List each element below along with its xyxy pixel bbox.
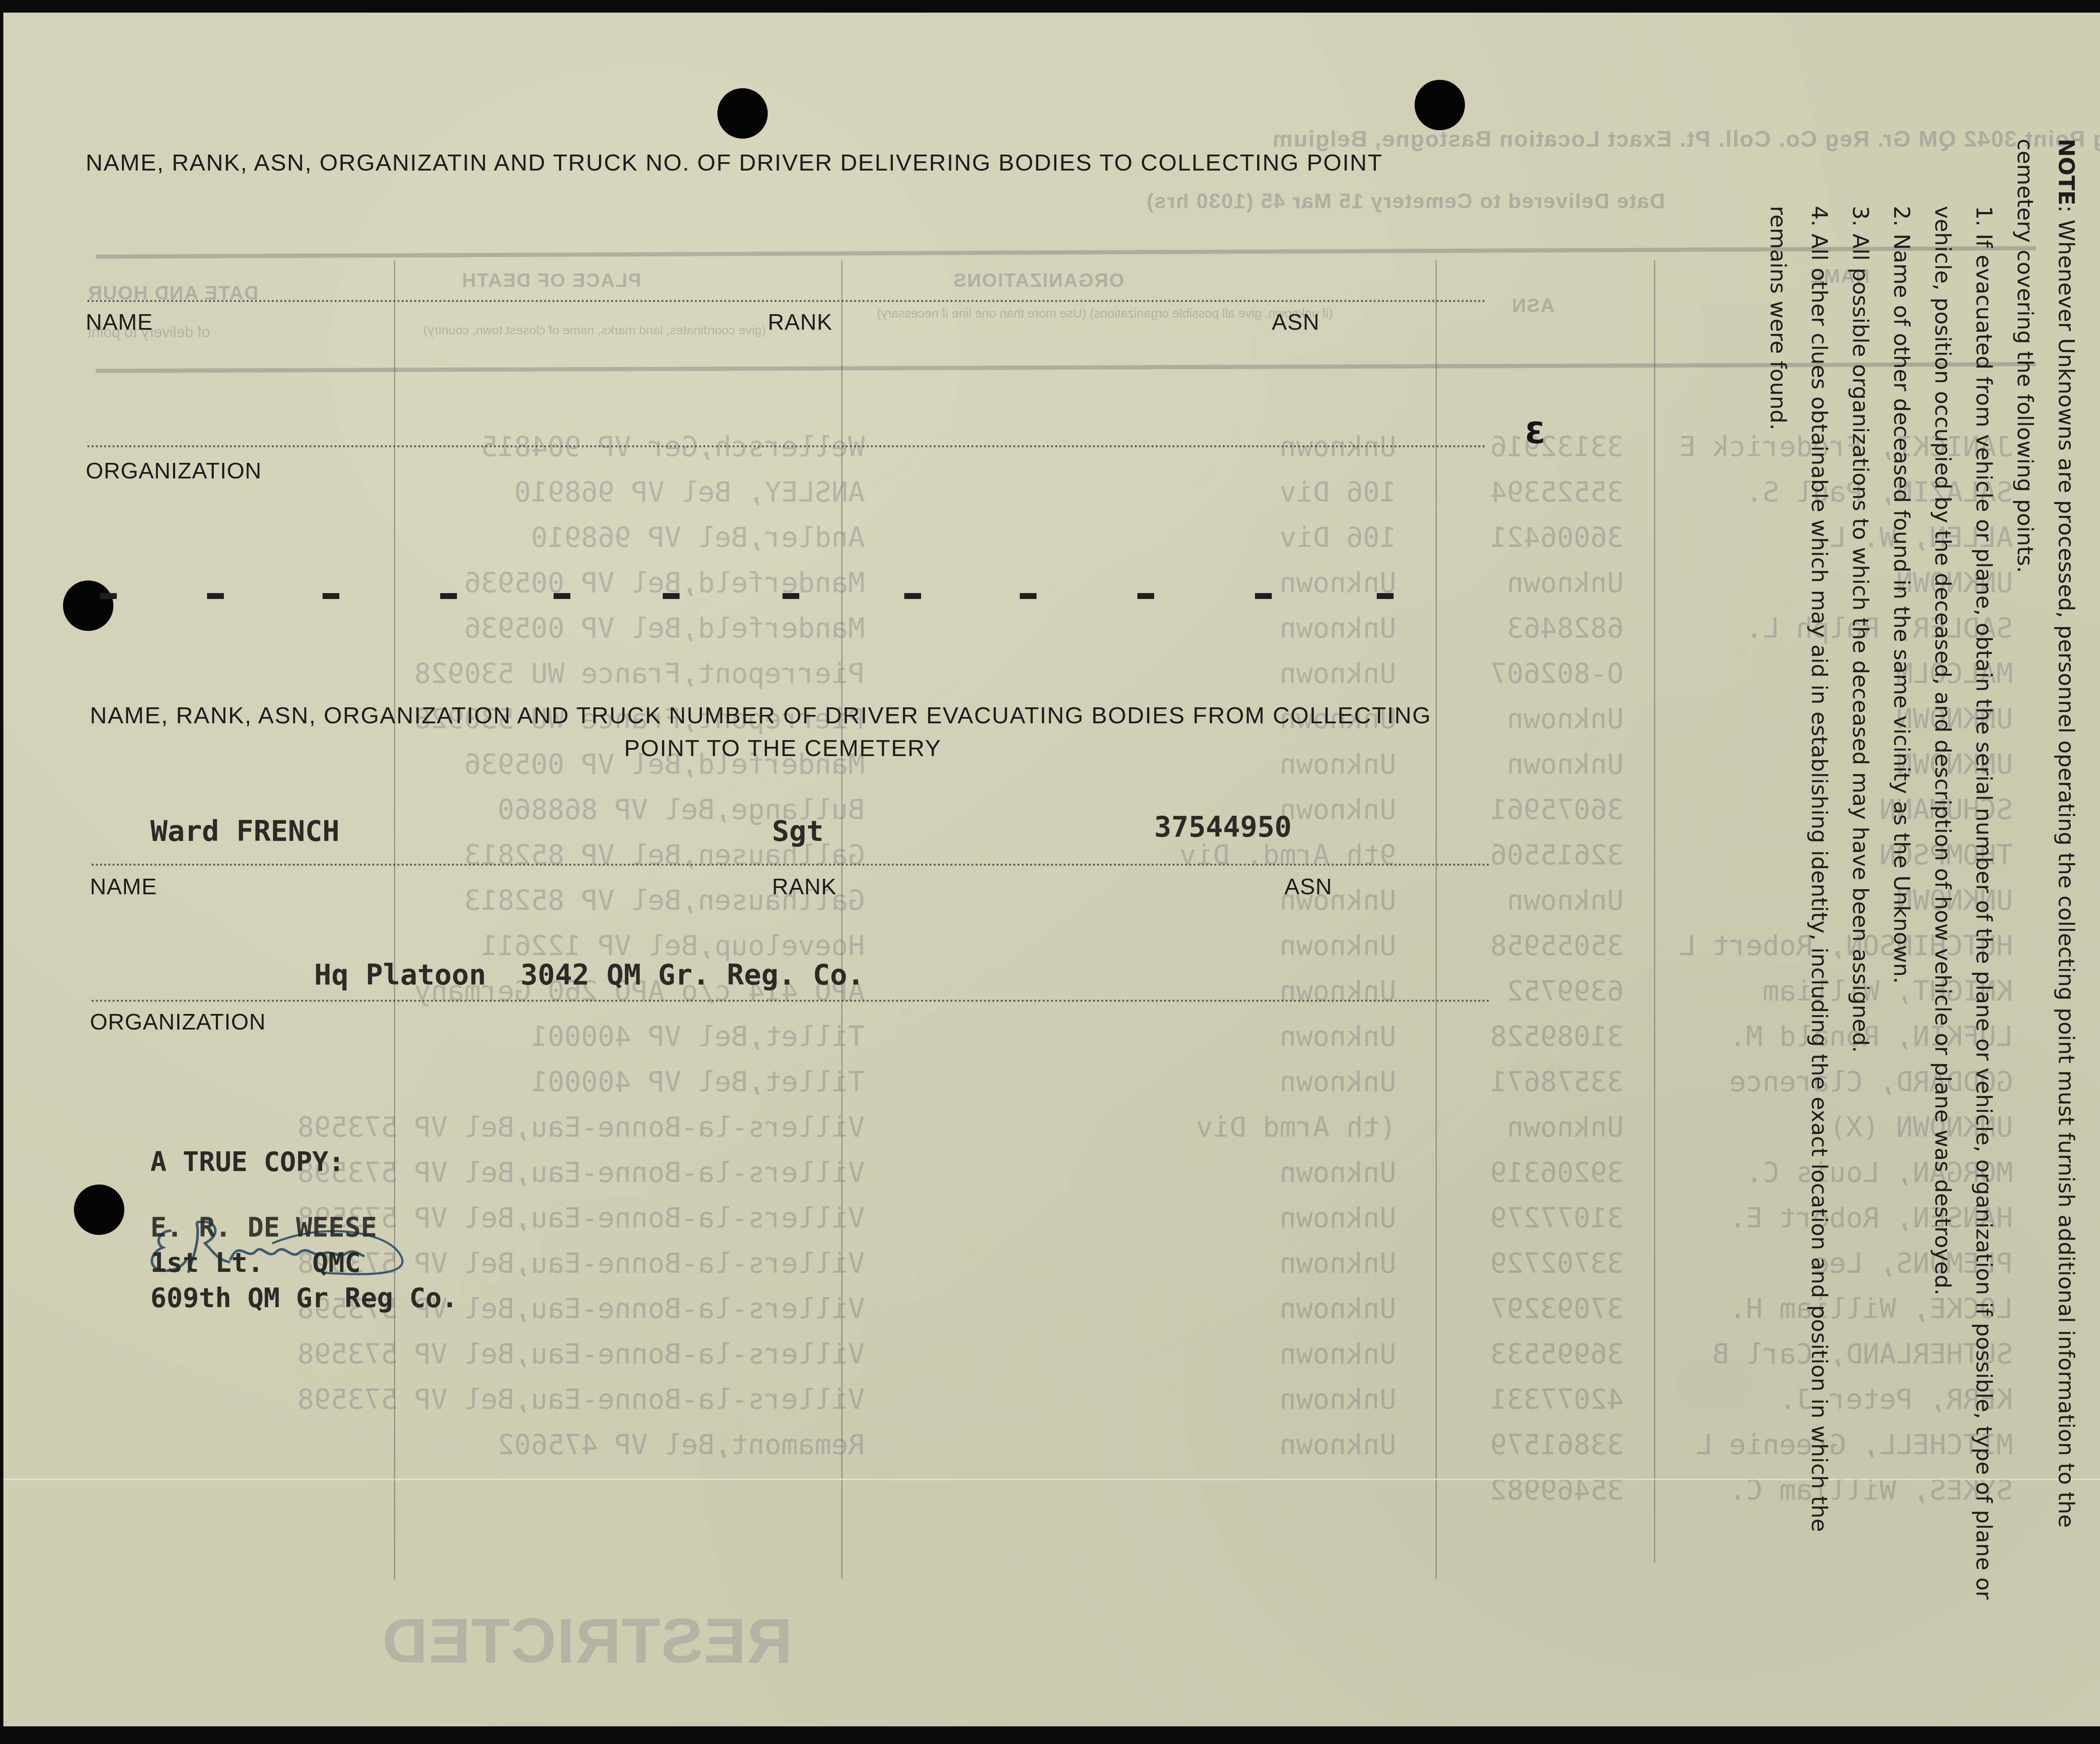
delivering-name-line <box>87 300 1486 302</box>
separator-dash <box>1020 593 1037 599</box>
punch-hole <box>63 580 113 631</box>
separator-dash <box>1137 593 1154 599</box>
punch-hole <box>1415 80 1465 130</box>
bleed-through-header-place: PLACE OF DEATH <box>461 269 641 292</box>
bleed-through-header-asn: ASN <box>1511 294 1554 317</box>
note-item-3: 3. All possible organizations to which t… <box>1840 139 1881 1600</box>
note-intro-text: : Whenever Unknowns are processed, perso… <box>2012 139 2079 1528</box>
separator-dash <box>663 593 680 599</box>
evacuating-name-line <box>92 864 1490 866</box>
punch-hole <box>717 88 768 139</box>
bleed-through-date: Date Delivered to Cemetery 15 Mar 45 (10… <box>1146 189 1665 213</box>
punch-hole <box>74 1185 124 1235</box>
note-item-1: 1. If evacuated from vehicle or plane, o… <box>1922 139 2004 1600</box>
bleed-through-stamp: RESTRICTED <box>381 1605 792 1677</box>
evacuating-organization-label: ORGANIZATION <box>90 1009 266 1035</box>
true-copy-heading: A TRUE COPY: <box>150 1147 344 1178</box>
separator-dash <box>440 593 457 599</box>
delivering-org-line <box>87 445 1486 447</box>
bleed-through-subheader-place: (give coordinates, land marks, name of c… <box>423 323 766 338</box>
evacuating-rank-value: Sgt <box>772 815 824 848</box>
delivering-rank-label: RANK <box>768 309 832 335</box>
signer-unit: 609th QM Gr Reg Co. <box>150 1283 458 1314</box>
evacuating-section-title: NAME, RANK, ASN, ORGANIZATION AND TRUCK … <box>90 701 1431 729</box>
column-rule <box>1436 260 1437 1579</box>
separator-dash <box>207 593 224 599</box>
separator-dash <box>1255 593 1272 599</box>
bleed-through-asns: 33132916 35525394 36006421 Unknown 68284… <box>1490 424 1624 1513</box>
delivering-section-title: NAME, RANK, ASN, ORGANIZATIN AND TRUCK N… <box>86 149 1383 176</box>
evacuating-section-title-line2: POINT TO THE CEMETERY <box>624 734 942 762</box>
separator-dash <box>554 593 570 599</box>
note-intro: NOTE: Whenever Unknowns are processed, p… <box>2004 139 2087 1600</box>
separator-dash <box>100 593 117 599</box>
bleed-through-header-org: ORGANIZATIONS <box>953 269 1124 292</box>
note-block: NOTE: Whenever Unknowns are processed, p… <box>1683 139 2087 1600</box>
evacuating-rank-label: RANK <box>772 874 837 900</box>
column-rule <box>841 260 843 1579</box>
delivering-name-label: NAME <box>86 309 153 335</box>
separator-dash <box>782 593 799 599</box>
delivering-organization-label: ORGANIZATION <box>86 458 262 484</box>
evacuating-name-label: NAME <box>90 874 157 900</box>
evacuating-asn-label: ASN <box>1284 874 1332 900</box>
evacuating-name-value: Ward FRENCH <box>150 815 339 848</box>
bleed-through-orgs: Unknown 106 Div 106 Div Unknown Unknown … <box>1179 424 1396 1468</box>
note-item-2: 2. Name of other deceased found in the s… <box>1881 139 1922 1600</box>
separator-dash <box>323 593 339 599</box>
column-rule <box>1654 260 1655 1563</box>
document-page: Name of Collecting Point 3042 QM Gr. Reg… <box>3 13 2100 1726</box>
bleed-through-subheader-org: (if unknown, give all possible organizat… <box>877 307 1333 321</box>
signer-rank: 1st Lt. QMC <box>150 1248 361 1279</box>
signer-name: E. R. DE WEESE <box>150 1212 377 1243</box>
margin-mark: 3 <box>1525 416 1545 450</box>
delivering-asn-label: ASN <box>1272 309 1320 335</box>
column-rule <box>394 260 395 1579</box>
note-lead: NOTE <box>2053 139 2079 205</box>
note-item-4: 4. All other clues obtainable which may … <box>1757 139 1840 1600</box>
evacuating-asn-value: 37544950 <box>1154 811 1292 844</box>
separator-dash <box>1377 593 1394 599</box>
evacuating-org-line <box>92 1000 1490 1002</box>
separator-dash <box>904 593 921 599</box>
evacuating-organization-value: Hq Platoon 3042 QM Gr. Reg. Co. <box>314 959 864 992</box>
